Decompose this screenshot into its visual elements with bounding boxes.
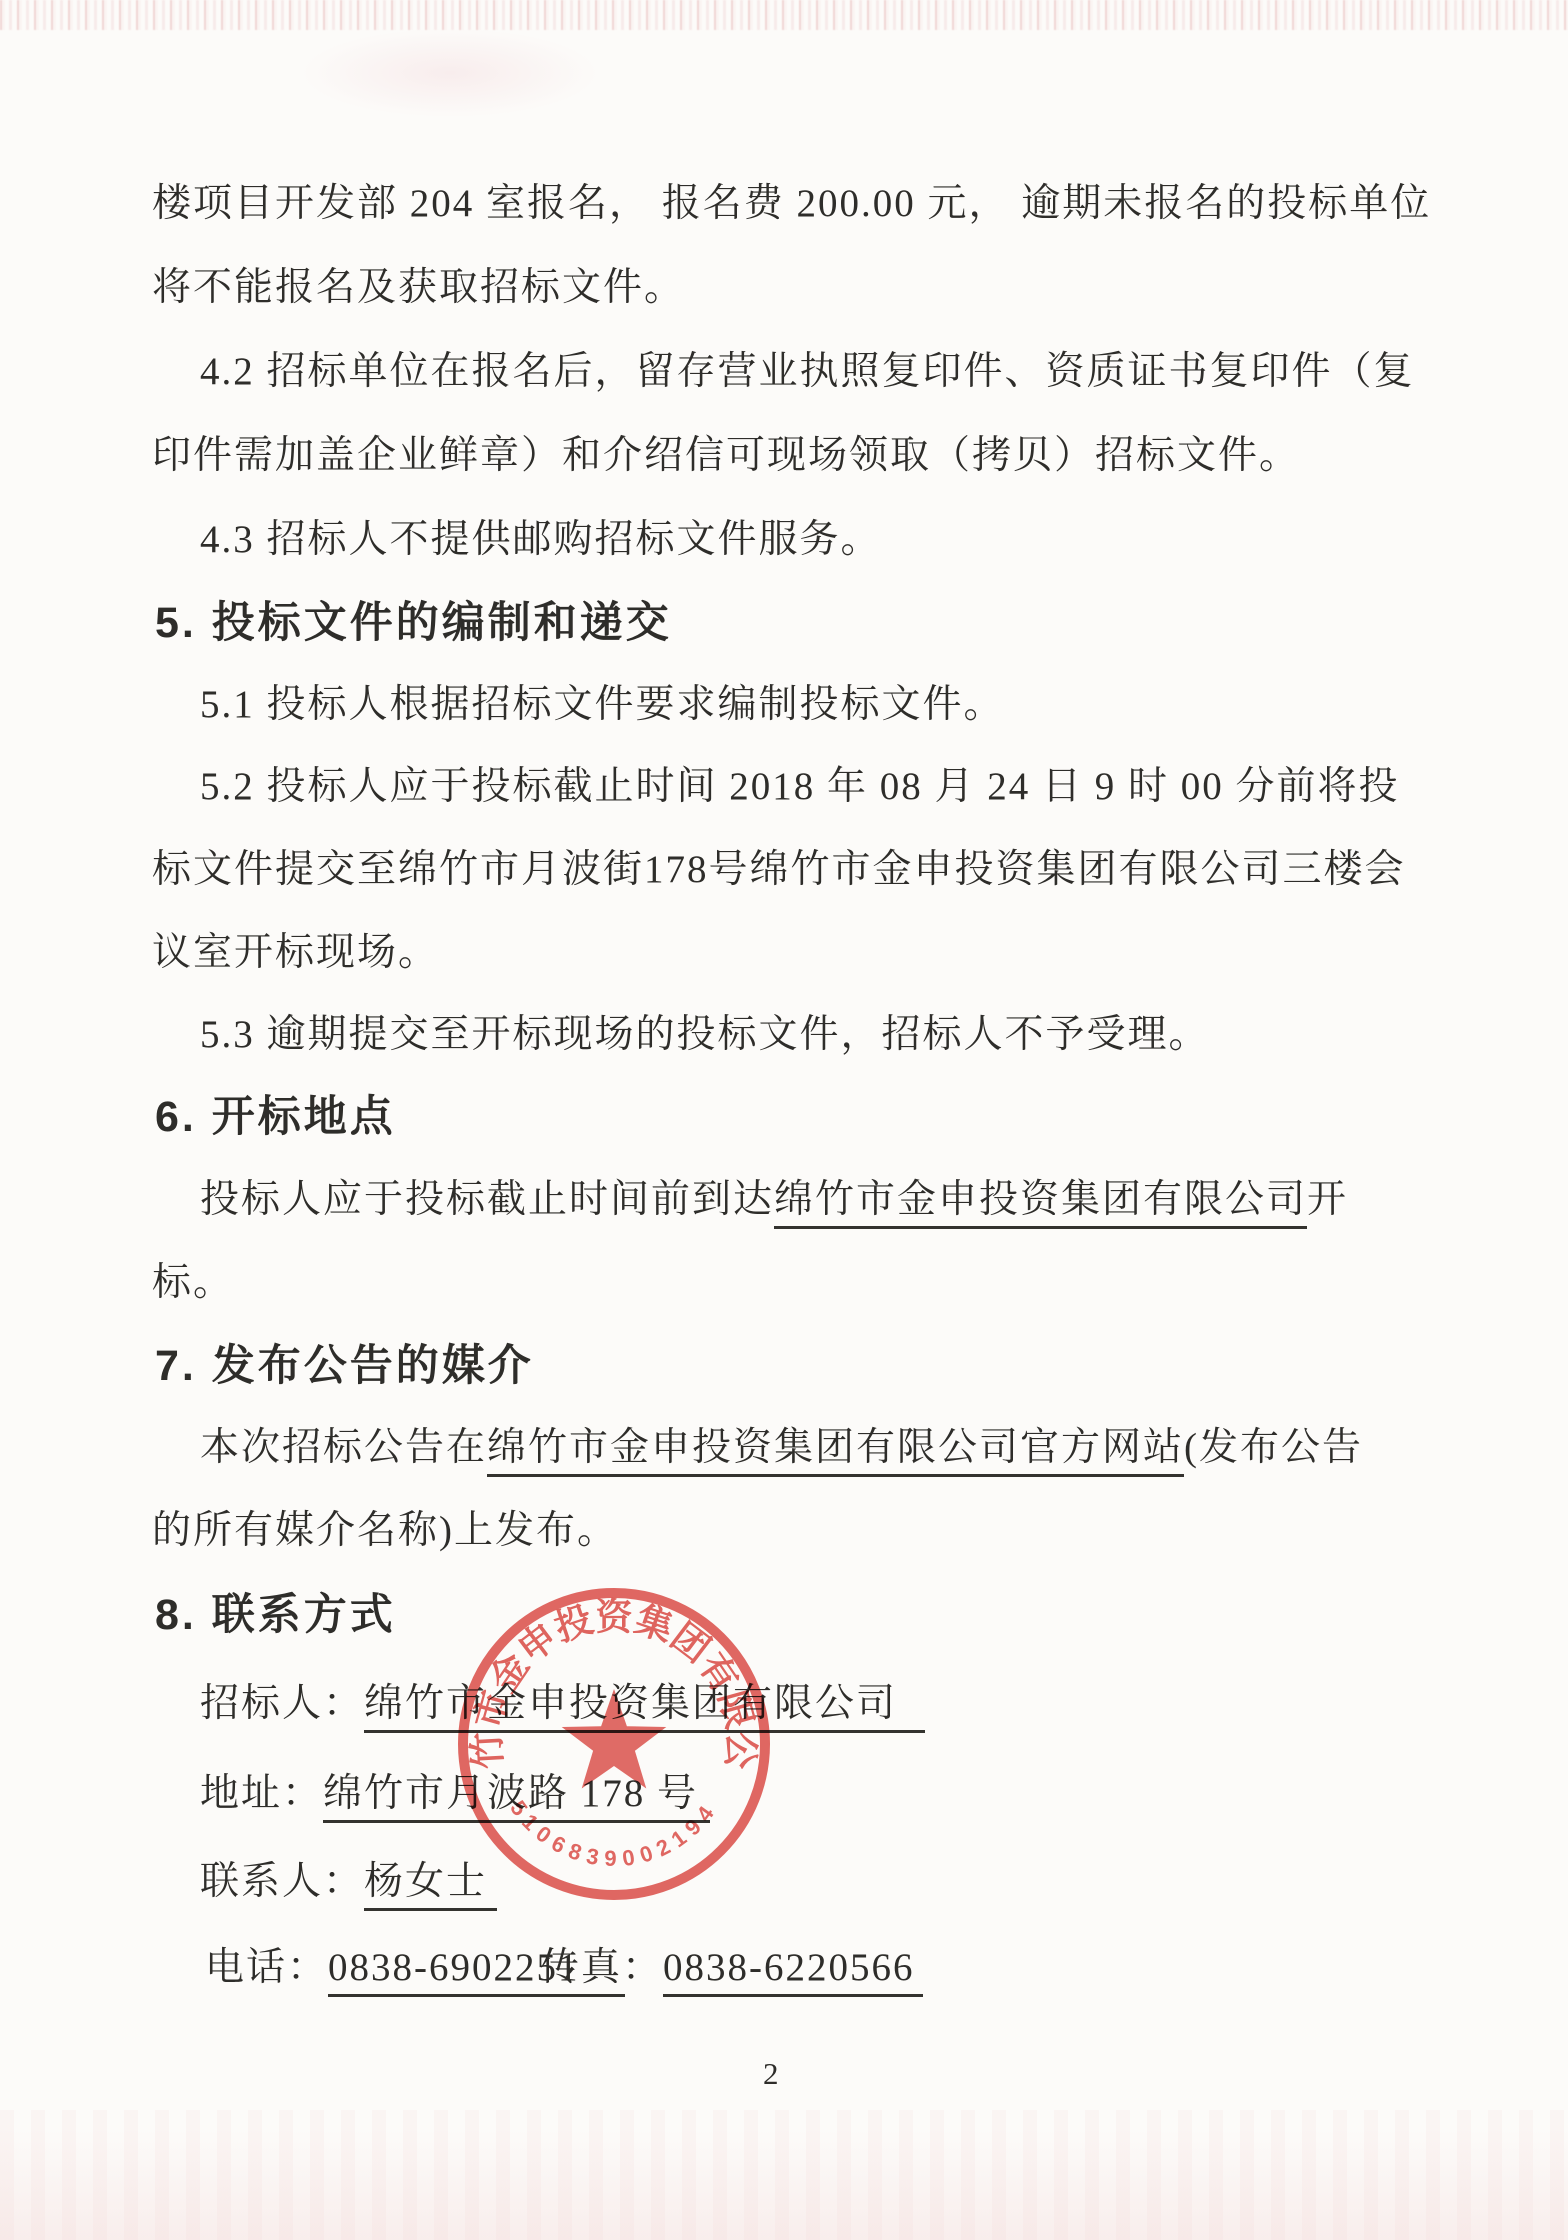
- para-4-2-line-2-part: 印件需加盖企业鲜章）和介绍信可现场领取（拷贝）招标文件。: [152, 432, 1300, 481]
- text-segment: 的所有媒介名称)上发布。: [152, 1509, 618, 1552]
- text-segment: 5. 投标文件的编制和递交: [155, 599, 672, 647]
- text-segment: 楼项目开发部 204 室报名， 报名费 200.00 元， 逾期未报名的投标单位: [152, 182, 1431, 225]
- para-6-line-1-part: 投标人应于投标截止时间前到达绵竹市金申投资集团有限公司开: [200, 1176, 1348, 1225]
- text-segment: 将不能报名及获取招标文件。: [152, 266, 685, 309]
- scan-noise-smudge: [300, 28, 600, 118]
- underlined-text: 绵竹市金申投资集团有限公司: [774, 1178, 1307, 1229]
- para-4-1-cont-line-1-part: 楼项目开发部 204 室报名， 报名费 200.00 元， 逾期未报名的投标单位: [152, 180, 1431, 229]
- section-5-heading-part: 5. 投标文件的编制和递交: [155, 598, 672, 650]
- text-segment: 5.3 逾期提交至开标现场的投标文件，招标人不予受理。: [200, 1013, 1210, 1056]
- para-5-3-part: 5.3 逾期提交至开标现场的投标文件，招标人不予受理。: [200, 1011, 1210, 1060]
- text-segment: 8. 联系方式: [155, 1591, 396, 1639]
- text-segment: 5.1 投标人根据招标文件要求编制投标文件。: [200, 683, 1005, 726]
- text-segment: 电话：: [205, 1946, 328, 1989]
- para-4-3-part: 4.3 招标人不提供邮购招标文件服务。: [200, 516, 882, 565]
- text-segment: 4.2 招标单位在报名后，留存营业执照复印件、资质证书复印件（复: [200, 350, 1415, 393]
- page-number-part: 2: [763, 2058, 779, 2089]
- seal-registration-number: 5106839002194: [505, 1796, 723, 1871]
- text-segment: 标文件提交至绵竹市月波街178号绵竹市金申投资集团有限公司三楼会: [152, 848, 1406, 891]
- text-segment: 议室开标现场。: [152, 931, 439, 974]
- text-segment: 本次招标公告在: [200, 1426, 487, 1469]
- text-segment: 印件需加盖企业鲜章）和介绍信可现场领取（拷贝）招标文件。: [152, 434, 1300, 477]
- para-4-1-cont-line-2-part: 将不能报名及获取招标文件。: [152, 264, 685, 313]
- company-seal-stamp: 绵竹市金申投资集团有限公司 5106839002194: [444, 1574, 784, 1914]
- text-segment: 2: [763, 2056, 779, 2091]
- text-segment: 地址：: [200, 1772, 323, 1815]
- text-segment: 招标人：: [200, 1682, 364, 1725]
- para-6-line-2-part: 标。: [152, 1259, 234, 1308]
- para-5-1-part: 5.1 投标人根据招标文件要求编制投标文件。: [200, 681, 1005, 730]
- para-7-line-1-part: 本次招标公告在绵竹市金申投资集团有限公司官方网站(发布公告: [200, 1424, 1363, 1473]
- text-segment: 7. 发布公告的媒介: [155, 1342, 534, 1390]
- scan-noise-top-edge: [0, 0, 1568, 30]
- contact-phone-fax-line-part: 传真：0838-6220566: [540, 1944, 923, 1993]
- text-segment: 5.2 投标人应于投标截止时间 2018 年 08 月 24 日 9 时 00 …: [200, 765, 1400, 808]
- section-8-heading-part: 8. 联系方式: [155, 1590, 396, 1642]
- text-segment: 4.3 招标人不提供邮购招标文件服务。: [200, 518, 882, 561]
- para-5-2-line-3-part: 议室开标现场。: [152, 929, 439, 978]
- section-7-heading-part: 7. 发布公告的媒介: [155, 1341, 534, 1393]
- para-7-line-2-part: 的所有媒介名称)上发布。: [152, 1507, 618, 1556]
- text-segment: 投标人应于投标截止时间前到达: [200, 1178, 774, 1221]
- underlined-text: 绵竹市金申投资集团有限公司官方网站: [487, 1426, 1184, 1477]
- para-5-2-line-1-part: 5.2 投标人应于投标截止时间 2018 年 08 月 24 日 9 时 00 …: [200, 763, 1400, 812]
- seal-star-icon: [562, 1689, 667, 1789]
- text-segment: 6. 开标地点: [155, 1093, 396, 1141]
- text-segment: 联系人：: [200, 1860, 364, 1903]
- underlined-text: 0838-6220566: [663, 1946, 923, 1997]
- para-5-2-line-2-part: 标文件提交至绵竹市月波街178号绵竹市金申投资集团有限公司三楼会: [152, 846, 1406, 895]
- para-4-2-line-1-part: 4.2 招标单位在报名后，留存营业执照复印件、资质证书复印件（复: [200, 348, 1415, 397]
- text-segment: 开: [1307, 1178, 1348, 1221]
- text-segment: 传真：: [540, 1946, 663, 1989]
- scan-noise-bottom-edge: [0, 2110, 1568, 2240]
- text-segment: (发布公告: [1184, 1426, 1363, 1469]
- section-6-heading-part: 6. 开标地点: [155, 1092, 396, 1144]
- text-segment: 标。: [152, 1261, 234, 1304]
